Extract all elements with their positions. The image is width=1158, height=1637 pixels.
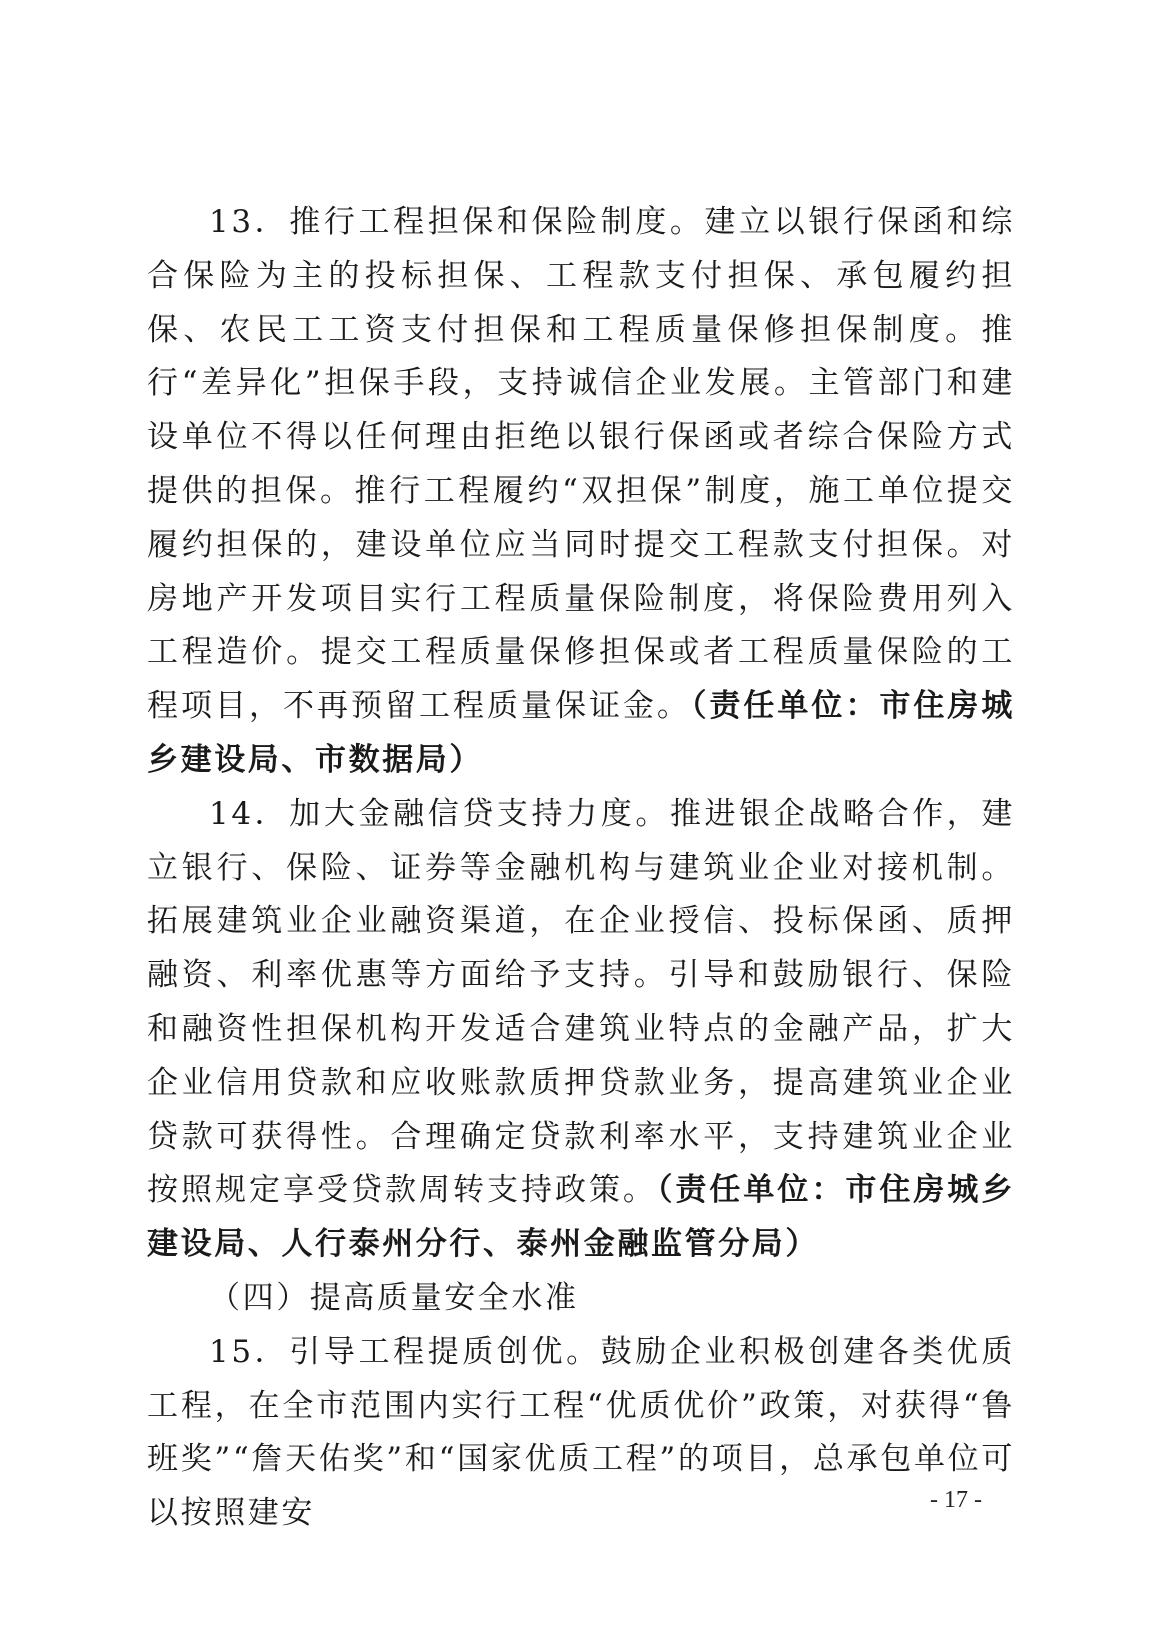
item-body: 推进银企战略合作，建立银行、保险、证券等金融机构与建筑业企业对接机制。拓展建筑业…	[147, 796, 1015, 1209]
page-number: - 17 -	[930, 1487, 982, 1514]
paragraph-item-14: 14．加大金融信贷支持力度。推进银企战略合作，建立银行、保险、证券等金融机构与建…	[147, 788, 1015, 1272]
item-number: 13．	[209, 204, 289, 240]
document-body: 13．推行工程担保和保险制度。建立以银行保函和综合保险为主的投标担保、工程款支付…	[147, 196, 1015, 1541]
item-title: 引导工程提质创优。	[289, 1334, 600, 1370]
item-title: 推行工程担保和保险制度。	[289, 204, 704, 240]
item-number: 15．	[209, 1334, 289, 1370]
item-title: 加大金融信贷支持力度。	[289, 796, 670, 832]
paragraph-item-13: 13．推行工程担保和保险制度。建立以银行保函和综合保险为主的投标担保、工程款支付…	[147, 196, 1015, 788]
section-heading: （四）提高质量安全水准	[147, 1272, 1015, 1326]
document-page: 13．推行工程担保和保险制度。建立以银行保函和综合保险为主的投标担保、工程款支付…	[0, 0, 1158, 1637]
item-number: 14．	[209, 796, 289, 832]
item-body: 建立以银行保函和综合保险为主的投标担保、工程款支付担保、承包履约担保、农民工工资…	[147, 204, 1015, 724]
paragraph-item-15: 15．引导工程提质创优。鼓励企业积极创建各类优质工程，在全市范围内实行工程“优质…	[147, 1326, 1015, 1541]
